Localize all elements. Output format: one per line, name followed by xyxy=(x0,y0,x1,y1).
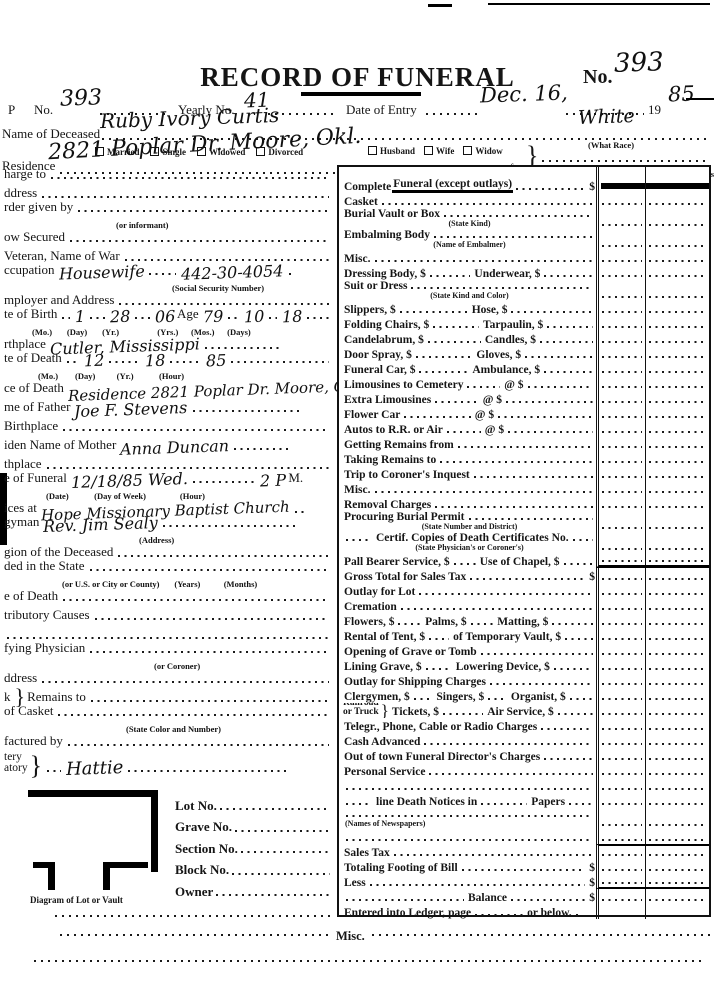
charge-line: Getting Remains from xyxy=(343,439,596,451)
dotted-leader xyxy=(90,648,329,653)
charge-label-area xyxy=(339,778,596,793)
charge-label-area: Folding Chairs, $Tarpaulin, $ xyxy=(339,316,596,331)
dotted-leader xyxy=(458,443,593,448)
handwritten-value: Joe F. Stevens xyxy=(74,400,188,420)
charge-label-area: Slippers, $Hose, $ xyxy=(339,301,596,316)
printed-label: Autos to R.R. or Air xyxy=(343,424,444,436)
printed-label: $ xyxy=(588,892,596,904)
printed-label: Balance xyxy=(467,892,508,904)
charge-row: Lining Grave, $Lowering Device, $ xyxy=(339,658,709,673)
printed-label: Outlay for Lot xyxy=(343,586,416,598)
money-cell-cents xyxy=(645,406,709,421)
charge-row: Cremation xyxy=(339,598,709,613)
money-columns xyxy=(596,763,709,778)
dotted-leader xyxy=(433,323,479,328)
printed-label: Personal Service xyxy=(343,766,426,778)
printed-label: Section No. xyxy=(175,841,238,857)
printed-label: Totaling Footing of Bill xyxy=(343,862,459,874)
dotted-leader xyxy=(346,896,464,901)
money-columns xyxy=(596,451,709,466)
charge-line: Pall Bearer Service, $Use of Chapel, $ xyxy=(343,556,596,568)
charge-row: Removal Charges xyxy=(339,496,709,511)
money-cell-dollars xyxy=(599,628,645,643)
printed-label: Opening of Grave or Tomb xyxy=(343,646,478,658)
dotted-leader xyxy=(216,892,330,897)
printed-label: Age xyxy=(177,306,201,322)
printed-label: Misc. xyxy=(343,484,372,496)
charge-line: Outlay for Shipping Charges xyxy=(343,676,596,688)
charge-label-area: Limousines to Cemetery@ $ xyxy=(339,376,596,391)
money-cell-dollars xyxy=(599,613,645,628)
scan-artifact-top-dash xyxy=(428,4,452,7)
charge-label-area: Dressing Body, $Underwear, $ xyxy=(339,265,596,280)
money-cell-cents xyxy=(645,331,709,346)
charge-sublabel: (State Physician's or Coroner's) xyxy=(343,544,596,553)
printed-label: Lowering Device, $ xyxy=(455,661,551,673)
charge-label-area: Extra Limousines@ $ xyxy=(339,391,596,406)
charge-line: Slippers, $Hose, $ xyxy=(343,304,596,316)
charge-line: Door Spray, $Gloves, $ xyxy=(343,349,596,361)
dotted-leader xyxy=(401,605,593,610)
printed-label: Lining Grave, $ xyxy=(343,661,423,673)
printed-label: Underwear, $ xyxy=(473,268,541,280)
money-columns xyxy=(596,361,709,376)
handwritten-value: 28 xyxy=(109,309,130,326)
charge-line xyxy=(343,785,596,793)
money-columns xyxy=(596,703,709,718)
money-columns xyxy=(596,643,709,658)
money-columns xyxy=(596,346,709,361)
money-cell-cents xyxy=(645,481,709,496)
dotted-leader xyxy=(565,635,593,640)
printed-label: Folding Chairs, $ xyxy=(343,319,430,331)
printed-label: Rental of Tent, $ xyxy=(343,631,426,643)
dotted-leader xyxy=(375,488,593,493)
dotted-leader xyxy=(149,270,176,275)
charge-line: Casket xyxy=(343,196,596,208)
handwritten-value: 12 xyxy=(84,353,105,370)
money-cell-dollars xyxy=(599,250,645,265)
charge-row: Embalming Body(Name of Embalmer) xyxy=(339,229,709,250)
checkbox-label: Wife xyxy=(436,146,454,156)
handwritten-value: Rev. Jim Sealy xyxy=(43,515,158,535)
money-cell-cents xyxy=(645,793,709,808)
dotted-leader xyxy=(125,256,329,261)
charge-label-area: Flowers, $Palms, $Matting, $ xyxy=(339,613,596,628)
dotted-leader xyxy=(193,407,302,412)
dotted-leader xyxy=(552,620,593,625)
charge-row: Pall Bearer Service, $Use of Chapel, $ xyxy=(339,553,709,568)
charge-label-area: Personal Service xyxy=(339,763,596,778)
brace-label-stack: teryatory xyxy=(4,752,28,775)
dotted-leader xyxy=(481,800,527,805)
dotted-leader xyxy=(419,368,468,373)
dotted-leader xyxy=(63,426,329,431)
dotted-leader xyxy=(109,358,140,363)
printed-label: Use of Chapel, $ xyxy=(479,556,561,568)
dotted-leader xyxy=(429,635,449,640)
charge-label-area: Cash Advanced xyxy=(339,733,596,748)
lot-row: Grave No. xyxy=(175,814,333,836)
money-cell-dollars xyxy=(599,331,645,346)
handwritten-value: 2 P xyxy=(260,473,287,490)
money-cell-cents xyxy=(645,859,709,874)
printed-label: Funeral Car, $ xyxy=(343,364,416,376)
charge-label-area: Flower Car@ $ xyxy=(339,406,596,421)
money-cell-dollars xyxy=(599,553,645,565)
charge-label-area: Gross Total for Sales Tax$ xyxy=(339,568,596,583)
money-cell-cents xyxy=(645,673,709,688)
dotted-leader xyxy=(370,881,586,886)
dotted-leader xyxy=(170,358,201,363)
charge-row: Autos to R.R. or Air@ $ xyxy=(339,421,709,436)
dotted-leader xyxy=(47,767,61,772)
money-columns xyxy=(596,844,709,859)
spouse-checkbox xyxy=(424,146,433,155)
printed-label: Door Spray, $ xyxy=(343,349,413,361)
money-columns xyxy=(596,598,709,613)
printed-label: of Temporary Vault, $ xyxy=(452,631,562,643)
money-columns xyxy=(596,421,709,436)
handwritten-value: 10 xyxy=(244,309,265,326)
dotted-leader xyxy=(62,314,69,319)
money-cell-dollars xyxy=(599,808,645,829)
printed-label: e of Funeral xyxy=(4,470,69,486)
money-cell-dollars xyxy=(599,733,645,748)
charge-row xyxy=(339,829,709,844)
money-cell-cents xyxy=(645,904,709,919)
printed-label: ccupation xyxy=(4,262,57,278)
printed-label: Trip to Coroner's Inquest xyxy=(343,469,471,481)
charge-line: Telegr., Phone, Cable or Radio Charges xyxy=(343,721,596,733)
charges-table: Complete Funeral (except outlays)$Casket… xyxy=(337,165,711,917)
money-cell-cents xyxy=(645,361,709,376)
charge-label-area: line Death Notices inPapers xyxy=(339,793,596,808)
dotted-leader xyxy=(193,478,256,483)
printed-label: Entered into Ledger, page xyxy=(343,907,472,919)
printed-label: Cremation xyxy=(343,601,398,613)
money-columns xyxy=(596,316,709,331)
charge-row: Door Spray, $Gloves, $ xyxy=(339,346,709,361)
charge-label-area: Less$ xyxy=(339,874,596,889)
money-cell-dollars xyxy=(599,346,645,361)
charge-label-area: (Names of Newspapers) xyxy=(339,808,596,829)
money-cell-cents xyxy=(645,613,709,628)
scan-artifact-top-line xyxy=(488,3,710,5)
lot-row: Owner xyxy=(175,878,333,900)
charge-line: Folding Chairs, $Tarpaulin, $ xyxy=(343,319,596,331)
charge-row: Casket xyxy=(339,193,709,208)
form-row: fying Physician xyxy=(4,642,332,656)
charge-line xyxy=(343,836,596,844)
money-cell-dollars xyxy=(599,229,645,250)
sublabel-row: (or informant) xyxy=(4,215,332,226)
money-columns xyxy=(596,331,709,346)
handwritten-value: Hattie xyxy=(66,759,124,779)
printed-label: Out of town Funeral Director's Charges xyxy=(343,751,541,763)
charge-line: Clergymen, $Singers, $Organist, $ xyxy=(343,691,596,703)
printed-label: tributory Causes xyxy=(4,607,92,623)
money-columns xyxy=(596,748,709,763)
printed-label: Birthplace xyxy=(4,418,60,434)
dotted-leader xyxy=(220,806,330,811)
dotted-leader xyxy=(398,620,421,625)
charge-row: Candelabrum, $Candles, $ xyxy=(339,331,709,346)
dotted-leader xyxy=(429,770,593,775)
charge-line: Totaling Footing of Bill$ xyxy=(343,862,596,874)
charge-line: Misc. xyxy=(343,484,596,496)
left-field-column: harge toddressrder given by(or informant… xyxy=(4,163,332,775)
charge-label-area: Embalming Body(Name of Embalmer) xyxy=(339,229,596,250)
spouse-checkbox-group: HusbandWifeWidow xyxy=(368,146,503,156)
printed-label: Ambulance, $ xyxy=(471,364,541,376)
money-cell-dollars xyxy=(599,793,645,808)
charge-row: Suit or Dress(State Kind and Color) xyxy=(339,280,709,301)
money-cell-cents xyxy=(645,316,709,331)
lot-diagram-top-bar xyxy=(28,790,158,797)
name-of-deceased-value: Ruby Ivory Curtis xyxy=(100,105,280,131)
printed-label: Outlay for Shipping Charges xyxy=(343,676,487,688)
year-value: 85 xyxy=(668,84,695,106)
printed-label: Gloves, $ xyxy=(475,349,522,361)
dotted-leader xyxy=(416,353,473,358)
dotted-leader xyxy=(90,566,329,571)
money-columns xyxy=(596,613,709,628)
dotted-leader xyxy=(544,368,593,373)
dotted-leader xyxy=(570,695,593,700)
charge-label-area: Trip to Coroner's Inquest xyxy=(339,466,596,481)
money-columns xyxy=(596,733,709,748)
charge-row: Certif. Copies of Death Certificates No.… xyxy=(339,532,709,553)
dotted-leader xyxy=(444,212,593,217)
charge-row: Limousines to Cemetery@ $ xyxy=(339,376,709,391)
charge-label-area: Complete Funeral (except outlays)$ xyxy=(339,167,596,193)
printed-label: Limousines to Cemetery xyxy=(343,379,464,391)
charge-line: Funeral Car, $Ambulance, $ xyxy=(343,364,596,376)
money-columns xyxy=(596,280,709,301)
charge-row: Cash Advanced xyxy=(339,733,709,748)
scanned-funeral-record: { "header": { "title": "RECORD OF FUNERA… xyxy=(0,0,715,982)
money-cell-cents xyxy=(645,193,709,208)
charge-row: Opening of Grave or Tomb xyxy=(339,643,709,658)
charge-row: Procuring Burial Permit(State Number and… xyxy=(339,511,709,532)
dotted-leader xyxy=(424,740,593,745)
dotted-leader xyxy=(467,383,500,388)
money-columns xyxy=(596,391,709,406)
dotted-leader xyxy=(404,413,470,418)
printed-label: Burial Vault or Box xyxy=(343,208,441,220)
printed-label: Getting Remains from xyxy=(343,439,455,451)
money-columns xyxy=(596,376,709,391)
charge-line: Flower Car@ $ xyxy=(343,409,596,421)
printed-label: Less xyxy=(343,877,367,889)
printed-label: $ xyxy=(588,877,596,889)
charge-line: Balance$ xyxy=(343,892,596,904)
form-row: ded in the State xyxy=(4,560,332,574)
dotted-leader xyxy=(232,870,330,875)
printed-label: Matting, $ xyxy=(496,616,549,628)
money-columns xyxy=(596,688,709,703)
dotted-leader xyxy=(307,314,329,319)
money-cell-dollars xyxy=(599,376,645,391)
money-columns xyxy=(596,859,709,874)
dotted-leader xyxy=(511,896,585,901)
charge-label-area: Misc. xyxy=(339,481,596,496)
printed-label: Removal Charges xyxy=(343,499,432,511)
dotted-leader xyxy=(346,800,372,805)
form-row: teryatory}Hattie xyxy=(4,749,332,775)
printed-label: Casket xyxy=(343,196,379,208)
dotted-leader xyxy=(469,515,593,520)
charge-sublabel: (Names of Newspapers) xyxy=(343,820,596,829)
money-columns xyxy=(596,301,709,316)
charge-row: Gross Total for Sales Tax$ xyxy=(339,568,709,583)
charge-label-area: Procuring Burial Permit(State Number and… xyxy=(339,511,596,532)
p-no-value: 393 xyxy=(60,87,103,110)
charge-line: Opening of Grave or Tomb xyxy=(343,646,596,658)
dotted-leader xyxy=(573,536,593,541)
dotted-leader xyxy=(394,851,593,856)
charge-row: line Death Notices inPapers xyxy=(339,793,709,808)
money-cell-dollars xyxy=(599,846,645,859)
money-cell-cents xyxy=(645,829,709,844)
charge-row: Rental of Tent, $of Temporary Vault, $ xyxy=(339,628,709,643)
dotted-leader xyxy=(498,413,593,418)
lot-diagram-stub xyxy=(103,862,110,890)
handwritten-value: 12/18/85 Wed. xyxy=(71,471,188,491)
money-cell-dollars xyxy=(599,658,645,673)
printed-label: Hose, $ xyxy=(471,304,509,316)
money-columns xyxy=(596,265,709,280)
money-cell-cents xyxy=(645,808,709,829)
money-columns xyxy=(596,466,709,481)
printed-label: ow Secured xyxy=(4,229,67,245)
money-cell-cents xyxy=(645,846,709,859)
charge-label-area: Sales Tax xyxy=(339,844,596,859)
handwritten-value: 85 xyxy=(206,353,227,370)
dotted-leader xyxy=(67,358,79,363)
money-columns xyxy=(596,778,709,793)
money-cell-cents xyxy=(645,376,709,391)
charge-line: Rental of Tent, $of Temporary Vault, $ xyxy=(343,631,596,643)
printed-label: rder given by xyxy=(4,199,75,215)
money-columns xyxy=(596,481,709,496)
charge-label-area: Cremation xyxy=(339,598,596,613)
money-cell-dollars xyxy=(599,361,645,376)
dotted-leader xyxy=(475,911,523,916)
money-cell-dollars xyxy=(599,481,645,496)
money-cell-dollars xyxy=(599,280,645,301)
dotted-leader xyxy=(228,314,239,319)
charge-row: Telegr., Phone, Cable or Radio Charges xyxy=(339,718,709,733)
charge-line: Limousines to Cemetery@ $ xyxy=(343,379,596,391)
form-row: Birthplace xyxy=(4,415,332,434)
dotted-leader xyxy=(231,358,329,363)
printed-label: Palms, $ xyxy=(424,616,468,628)
printed-label: @ $ xyxy=(484,424,505,436)
dotted-leader xyxy=(58,711,329,716)
printed-label: Tickets, $ xyxy=(391,706,440,718)
dotted-leader xyxy=(346,785,593,790)
money-columns xyxy=(596,628,709,643)
money-cell-cents xyxy=(645,889,709,904)
header-no-value: 393 xyxy=(614,49,665,77)
charge-label-area: Clergymen, $Singers, $Organist, $ xyxy=(339,688,596,703)
printed-label: Owner xyxy=(175,884,213,900)
charge-sublabel: (Name of Embalmer) xyxy=(343,241,596,250)
handwritten-value: Housewife xyxy=(58,264,144,283)
money-cell-dollars xyxy=(599,874,645,887)
printed-label: Sales Tax xyxy=(343,847,391,859)
dotted-leader xyxy=(569,800,593,805)
printed-label: Flowers, $ xyxy=(343,616,395,628)
dotted-line xyxy=(55,915,331,917)
money-cell-dollars xyxy=(599,748,645,763)
checkbox-option-husband: Husband xyxy=(368,146,415,156)
charge-line: Complete Funeral (except outlays)$ xyxy=(343,178,596,193)
money-columns xyxy=(596,406,709,421)
lot-row: Lot No. xyxy=(175,792,333,814)
money-columns xyxy=(596,793,709,808)
dotted-leader xyxy=(400,308,468,313)
charge-line: Sales Tax xyxy=(343,847,596,859)
printed-label: ded in the State xyxy=(4,558,87,574)
sublabel-row: (or Coroner) xyxy=(4,656,332,667)
charge-line: Gross Total for Sales Tax$ xyxy=(343,571,596,583)
printed-label: Singers, $ xyxy=(435,691,485,703)
charge-line: Extra Limousines@ $ xyxy=(343,394,596,406)
money-cell-cents xyxy=(645,391,709,406)
dotted-leader xyxy=(490,680,593,685)
dotted-leader xyxy=(544,755,593,760)
money-cell-cents xyxy=(645,718,709,733)
dotted-line xyxy=(60,934,330,936)
money-cell-dollars xyxy=(599,703,645,718)
charge-row: Outlay for Lot xyxy=(339,583,709,598)
money-cell-cents xyxy=(645,598,709,613)
money-cell-dollars xyxy=(599,511,645,532)
dotted-leader xyxy=(42,193,329,198)
dotted-leader xyxy=(558,710,593,715)
dotted-leader xyxy=(241,849,330,854)
money-cell-cents xyxy=(645,568,709,583)
money-columns xyxy=(596,889,709,904)
header-no-label: No. xyxy=(583,66,612,89)
printed-label: $ xyxy=(588,862,596,874)
money-cell-dollars xyxy=(599,167,645,193)
printed-label-underlined: Funeral (except outlays) xyxy=(392,178,513,193)
money-cell-cents xyxy=(645,229,709,250)
charge-row: Outlay for Shipping Charges xyxy=(339,673,709,688)
dotted-leader xyxy=(447,428,481,433)
dotted-leader xyxy=(375,257,593,262)
charge-label-area: Suit or Dress(State Kind and Color) xyxy=(339,280,596,301)
charge-sublabel: (State Kind) xyxy=(343,220,596,229)
printed-label: Papers xyxy=(530,796,566,808)
money-cell-cents xyxy=(645,778,709,793)
charge-line: Autos to R.R. or Air@ $ xyxy=(343,424,596,436)
charge-label-area: Autos to R.R. or Air@ $ xyxy=(339,421,596,436)
handwritten-value: 18 xyxy=(145,353,166,370)
printed-label: Lot No. xyxy=(175,798,217,814)
charge-label-area: Getting Remains from xyxy=(339,436,596,451)
charge-label-area: Opening of Grave or Tomb xyxy=(339,643,596,658)
charge-label-area: Outlay for Shipping Charges xyxy=(339,673,596,688)
printed-label: e of Death xyxy=(4,588,60,604)
charge-row: Extra Limousines@ $ xyxy=(339,391,709,406)
money-columns xyxy=(596,496,709,511)
money-cell-cents xyxy=(645,265,709,280)
